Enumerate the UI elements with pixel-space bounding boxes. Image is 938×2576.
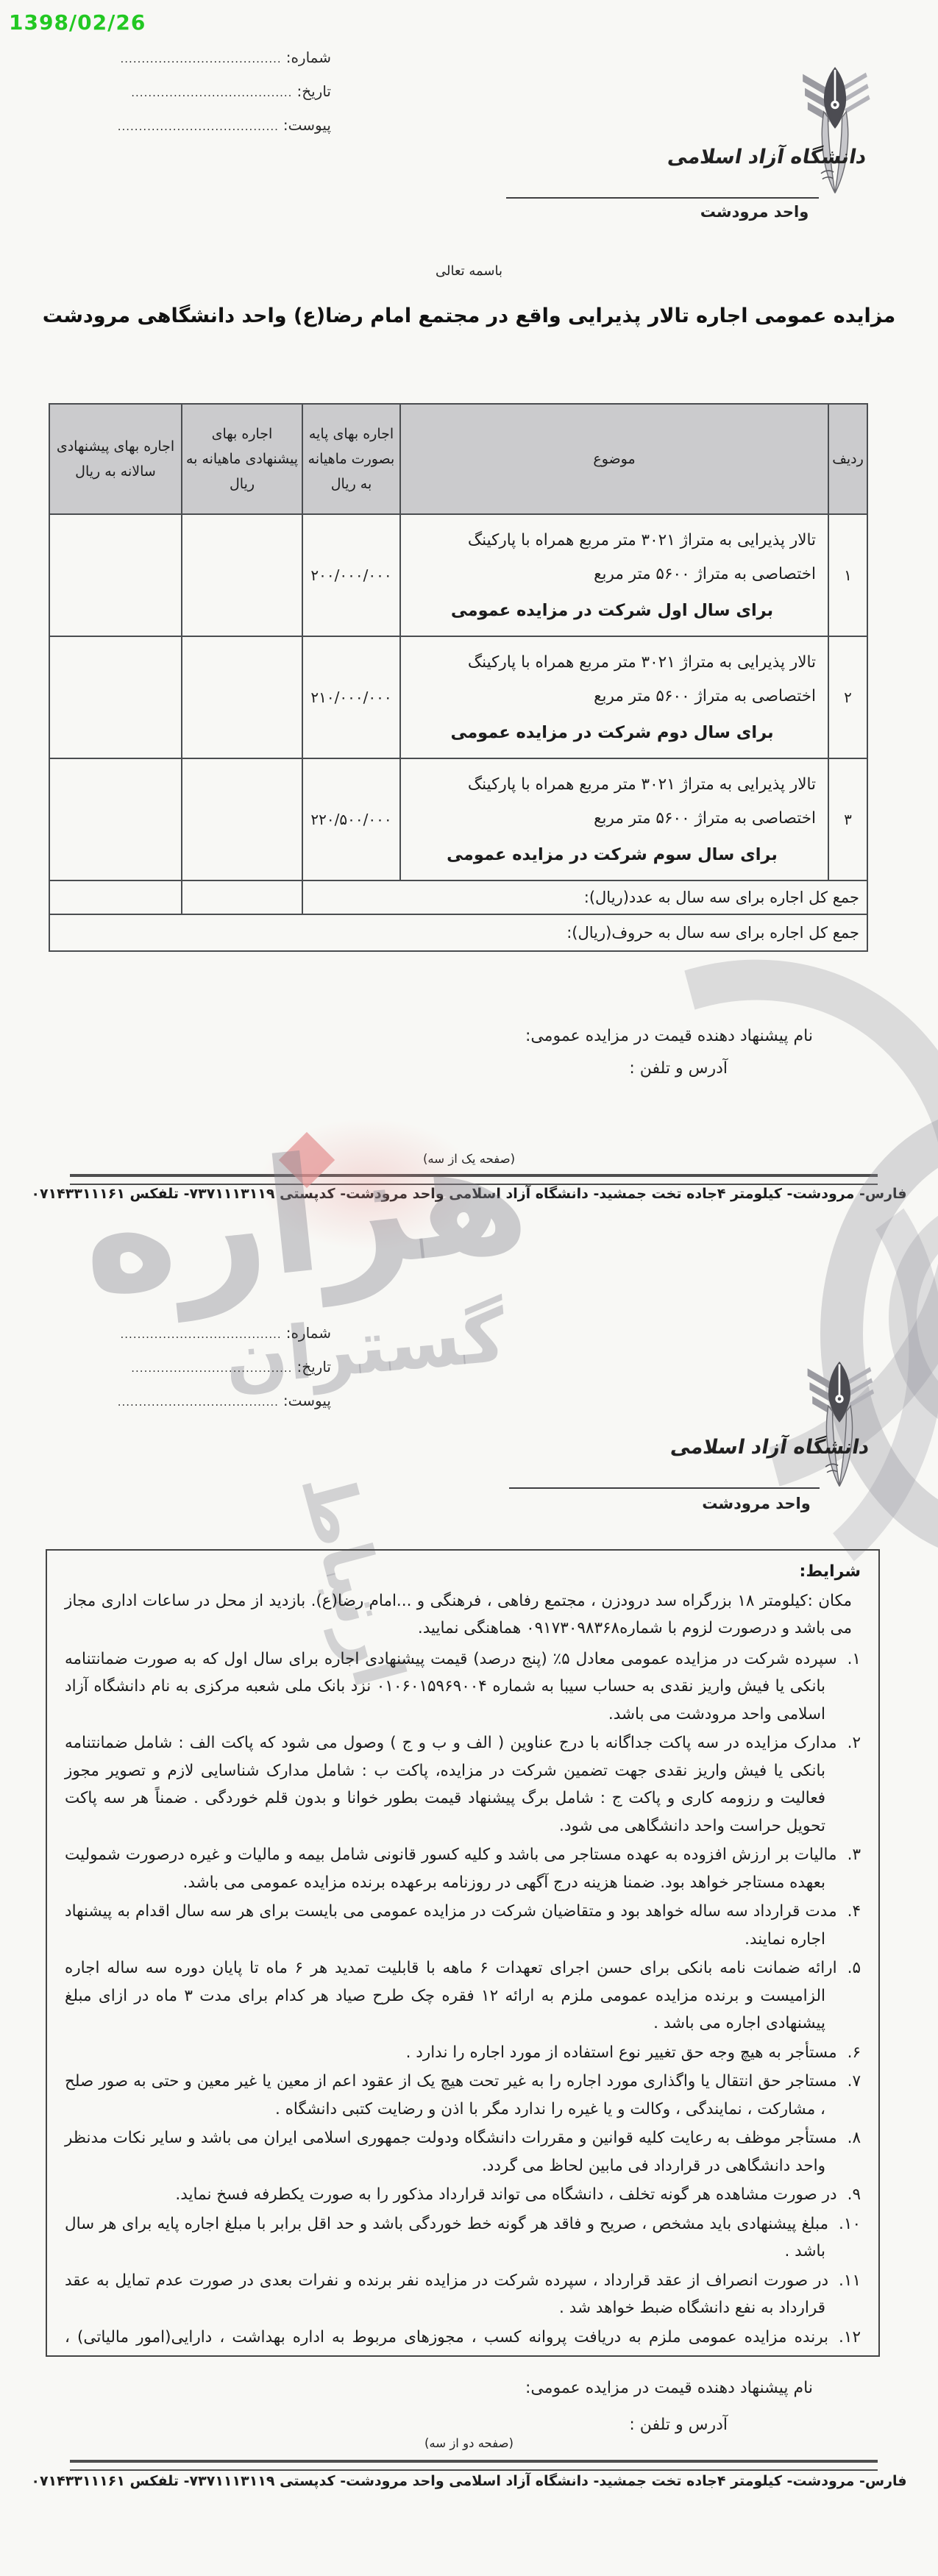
footer-address: فارس- مرودشت- کیلومتر ۴جاده تخت جمشید- د…	[0, 2473, 938, 2489]
condition-item-1: ۱.سپرده شرکت در مزایده عمومی معادل ۵٪ (پ…	[65, 1645, 861, 1729]
proposed-yearly-blank	[49, 758, 182, 880]
number-field-row: شماره: .................................…	[87, 1324, 331, 1358]
date-label: تاریخ:	[296, 1358, 331, 1376]
condition-item-11: ۱۱.در صورت انصراف از عقد قرارداد ، سپرده…	[65, 2267, 861, 2322]
total-in-words-label: جمع کل اجاره برای سه سال به حروف(ریال):	[49, 914, 867, 951]
unit-name: واحد مرودشت	[686, 203, 822, 221]
basmala: باسمه تعالی	[0, 263, 938, 279]
condition-item-9: ۹.در صورت مشاهده هر گونه تخلف ، دانشگاه …	[65, 2181, 861, 2209]
footer-double-rule	[70, 1174, 878, 1185]
date-field-row: تاریخ: .................................…	[87, 82, 331, 116]
attachment-blank-line: ......................................	[87, 120, 279, 133]
watermark-ring-icon	[889, 1198, 938, 1437]
subject-line-3: برای سال دوم شرکت در مزایده عمومی	[408, 718, 816, 747]
number-label: شماره:	[286, 1324, 331, 1342]
row-number: ۱	[828, 514, 867, 636]
condition-item-3: ۳.مالیات بر ارزش افزوده به عهده مستاجر م…	[65, 1841, 861, 1896]
condition-item-8: ۸.مستأجر موظف به رعایت کلیه قوانین و مقر…	[65, 2124, 861, 2180]
date-field-row: تاریخ: .................................…	[87, 1358, 331, 1392]
base-rent-value: ۲۰۰/۰۰۰/۰۰۰	[302, 514, 400, 636]
attachment-label: پیوست:	[283, 116, 331, 134]
azad-university-logo-icon	[796, 1348, 883, 1493]
condition-item-4: ۴.مدت قرارداد سه ساله خواهد بود و متقاضی…	[65, 1898, 861, 1953]
attachment-field-row: پیوست: .................................…	[87, 1392, 331, 1426]
header-proposed-yearly-rent: اجاره بهای پیشنهادی سالانه به ریال	[49, 404, 182, 514]
subject-line-2: اختصاصی به متراژ ۵۶۰۰ متر مربع	[594, 565, 816, 583]
subject-line-2: اختصاصی به متراژ ۵۶۰۰ متر مربع	[594, 687, 816, 705]
scanned-document-sheet: 1398/02/26 شماره: ......................…	[0, 0, 938, 2576]
total-blank-cell	[182, 880, 302, 914]
date-blank-line: ......................................	[87, 1362, 292, 1375]
azad-university-logo-icon	[791, 53, 879, 200]
footer-address: فارس- مرودشت- کیلومتر ۴جاده تخت جمشید- د…	[0, 1186, 938, 1202]
page-title: مزایده عمومی اجاره تالار پذیرایی واقع در…	[0, 305, 938, 327]
watermark-word-hezare: هزاره	[74, 1114, 534, 1317]
header-proposed-monthly-rent: اجاره بهای پیشنهادی ماهیانه به ریال	[182, 404, 302, 514]
subject-line-3: برای سال سوم شرکت در مزایده عمومی	[408, 840, 816, 869]
header-subject: موضوع	[400, 404, 828, 514]
condition-item-12: ۱۲.برنده مزایده عمومی ملزم به دریافت پرو…	[65, 2324, 861, 2358]
attachment-field-row: پیوست: .................................…	[87, 116, 331, 150]
date-label: تاریخ:	[296, 82, 331, 100]
table-header-row: ردیف موضوع اجاره بهای پایه بصورت ماهیانه…	[49, 404, 867, 514]
base-rent-value: ۲۱۰/۰۰۰/۰۰۰	[302, 636, 400, 758]
row-number: ۳	[828, 758, 867, 880]
number-label: شماره:	[286, 49, 331, 66]
number-field-row: شماره: .................................…	[87, 49, 331, 82]
row-subject: تالار پذیرایی به متراژ ۳۰۲۱ متر مربع همر…	[400, 758, 828, 880]
bidder-name-line: نام پیشنهاد دهنده قیمت در مزایده عمومی:	[525, 2379, 813, 2397]
proposed-yearly-blank	[49, 514, 182, 636]
university-name-calligraphy: دانشگاه آزاد اسلامی	[669, 1436, 871, 1459]
unit-name: واحد مرودشت	[689, 1495, 823, 1512]
proposed-monthly-blank	[182, 758, 302, 880]
page-number: (صفحه دو از سه)	[0, 2436, 938, 2450]
total-in-digits-row: جمع کل اجاره برای سه سال به عدد(ریال):	[49, 880, 867, 914]
table-row-year3: ۳ تالار پذیرایی به متراژ ۳۰۲۱ متر مربع ه…	[49, 758, 867, 880]
scan-date: 1398/02/26	[9, 10, 146, 35]
conditions-box: شرایط: مکان :کیلومتر ۱۸ بزرگراه سد درودز…	[46, 1549, 880, 2357]
subject-line-1: تالار پذیرایی به متراژ ۳۰۲۱ متر مربع همر…	[468, 775, 816, 794]
page-number: (صفحه یک از سه)	[0, 1152, 938, 1166]
table-row-year2: ۲ تالار پذیرایی به متراژ ۳۰۲۱ متر مربع ه…	[49, 636, 867, 758]
subject-line-2: اختصاصی به متراژ ۵۶۰۰ متر مربع	[594, 809, 816, 828]
bidder-name-line: نام پیشنهاد دهنده قیمت در مزایده عمومی:	[525, 1027, 813, 1045]
subject-line-3: برای سال اول شرکت در مزایده عمومی	[408, 596, 816, 625]
letterhead-fields: شماره: .................................…	[87, 1324, 331, 1426]
condition-item-5: ۵.ارائه ضمانت نامه بانکی برای حسن اجرای …	[65, 1954, 861, 2038]
subject-line-1: تالار پذیرایی به متراژ ۳۰۲۱ متر مربع همر…	[468, 653, 816, 672]
header-row-no: ردیف	[828, 404, 867, 514]
row-subject: تالار پذیرایی به متراژ ۳۰۲۱ متر مربع همر…	[400, 636, 828, 758]
total-in-digits-label: جمع کل اجاره برای سه سال به عدد(ریال):	[302, 880, 867, 914]
number-blank-line: ......................................	[87, 52, 282, 65]
row-subject: تالار پذیرایی به متراژ ۳۰۲۱ متر مربع همر…	[400, 514, 828, 636]
letterhead-divider	[506, 197, 819, 199]
address-phone-line: آدرس و تلفن :	[629, 1059, 728, 1078]
base-rent-value: ۲۲۰/۵۰۰/۰۰۰	[302, 758, 400, 880]
conditions-heading: شرایط:	[65, 1558, 861, 1586]
condition-item-7: ۷.مستاجر حق انتقال یا واگذاری مورد اجاره…	[65, 2068, 861, 2123]
auction-rent-table: ردیف موضوع اجاره بهای پایه بصورت ماهیانه…	[49, 403, 868, 952]
total-blank-cell	[49, 880, 182, 914]
address-phone-line: آدرس و تلفن :	[629, 2416, 728, 2434]
letterhead-fields: شماره: .................................…	[87, 49, 331, 150]
header-base-monthly-rent: اجاره بهای پایه بصورت ماهیانه به ریال	[302, 404, 400, 514]
row-number: ۲	[828, 636, 867, 758]
proposed-monthly-blank	[182, 636, 302, 758]
proposed-monthly-blank	[182, 514, 302, 636]
table-row-year1: ۱ تالار پذیرایی به متراژ ۳۰۲۱ متر مربع ه…	[49, 514, 867, 636]
attachment-label: پیوست:	[283, 1392, 331, 1409]
attachment-blank-line: ......................................	[87, 1395, 279, 1409]
proposed-yearly-blank	[49, 636, 182, 758]
total-in-words-row: جمع کل اجاره برای سه سال به حروف(ریال):	[49, 914, 867, 951]
subject-line-1: تالار پذیرایی به متراژ ۳۰۲۱ متر مربع همر…	[468, 531, 816, 549]
condition-item-10: ۱۰.مبلغ پیشنهادی باید مشخص ، صریح و فاقد…	[65, 2210, 861, 2266]
university-name-calligraphy: دانشگاه آزاد اسلامی	[666, 146, 868, 168]
condition-item-2: ۲.مدارک مزایده در سه پاکت جداگانه با درج…	[65, 1729, 861, 1840]
condition-item-6: ۶.مستأجر به هیچ وجه حق تغییر نوع استفاده…	[65, 2039, 861, 2067]
footer-double-rule	[70, 2460, 878, 2471]
letterhead-divider	[509, 1487, 820, 1489]
number-blank-line: ......................................	[87, 1328, 282, 1341]
location-note: مکان :کیلومتر ۱۸ بزرگراه سد درودزن ، مجت…	[65, 1587, 861, 1643]
date-blank-line: ......................................	[87, 86, 292, 99]
